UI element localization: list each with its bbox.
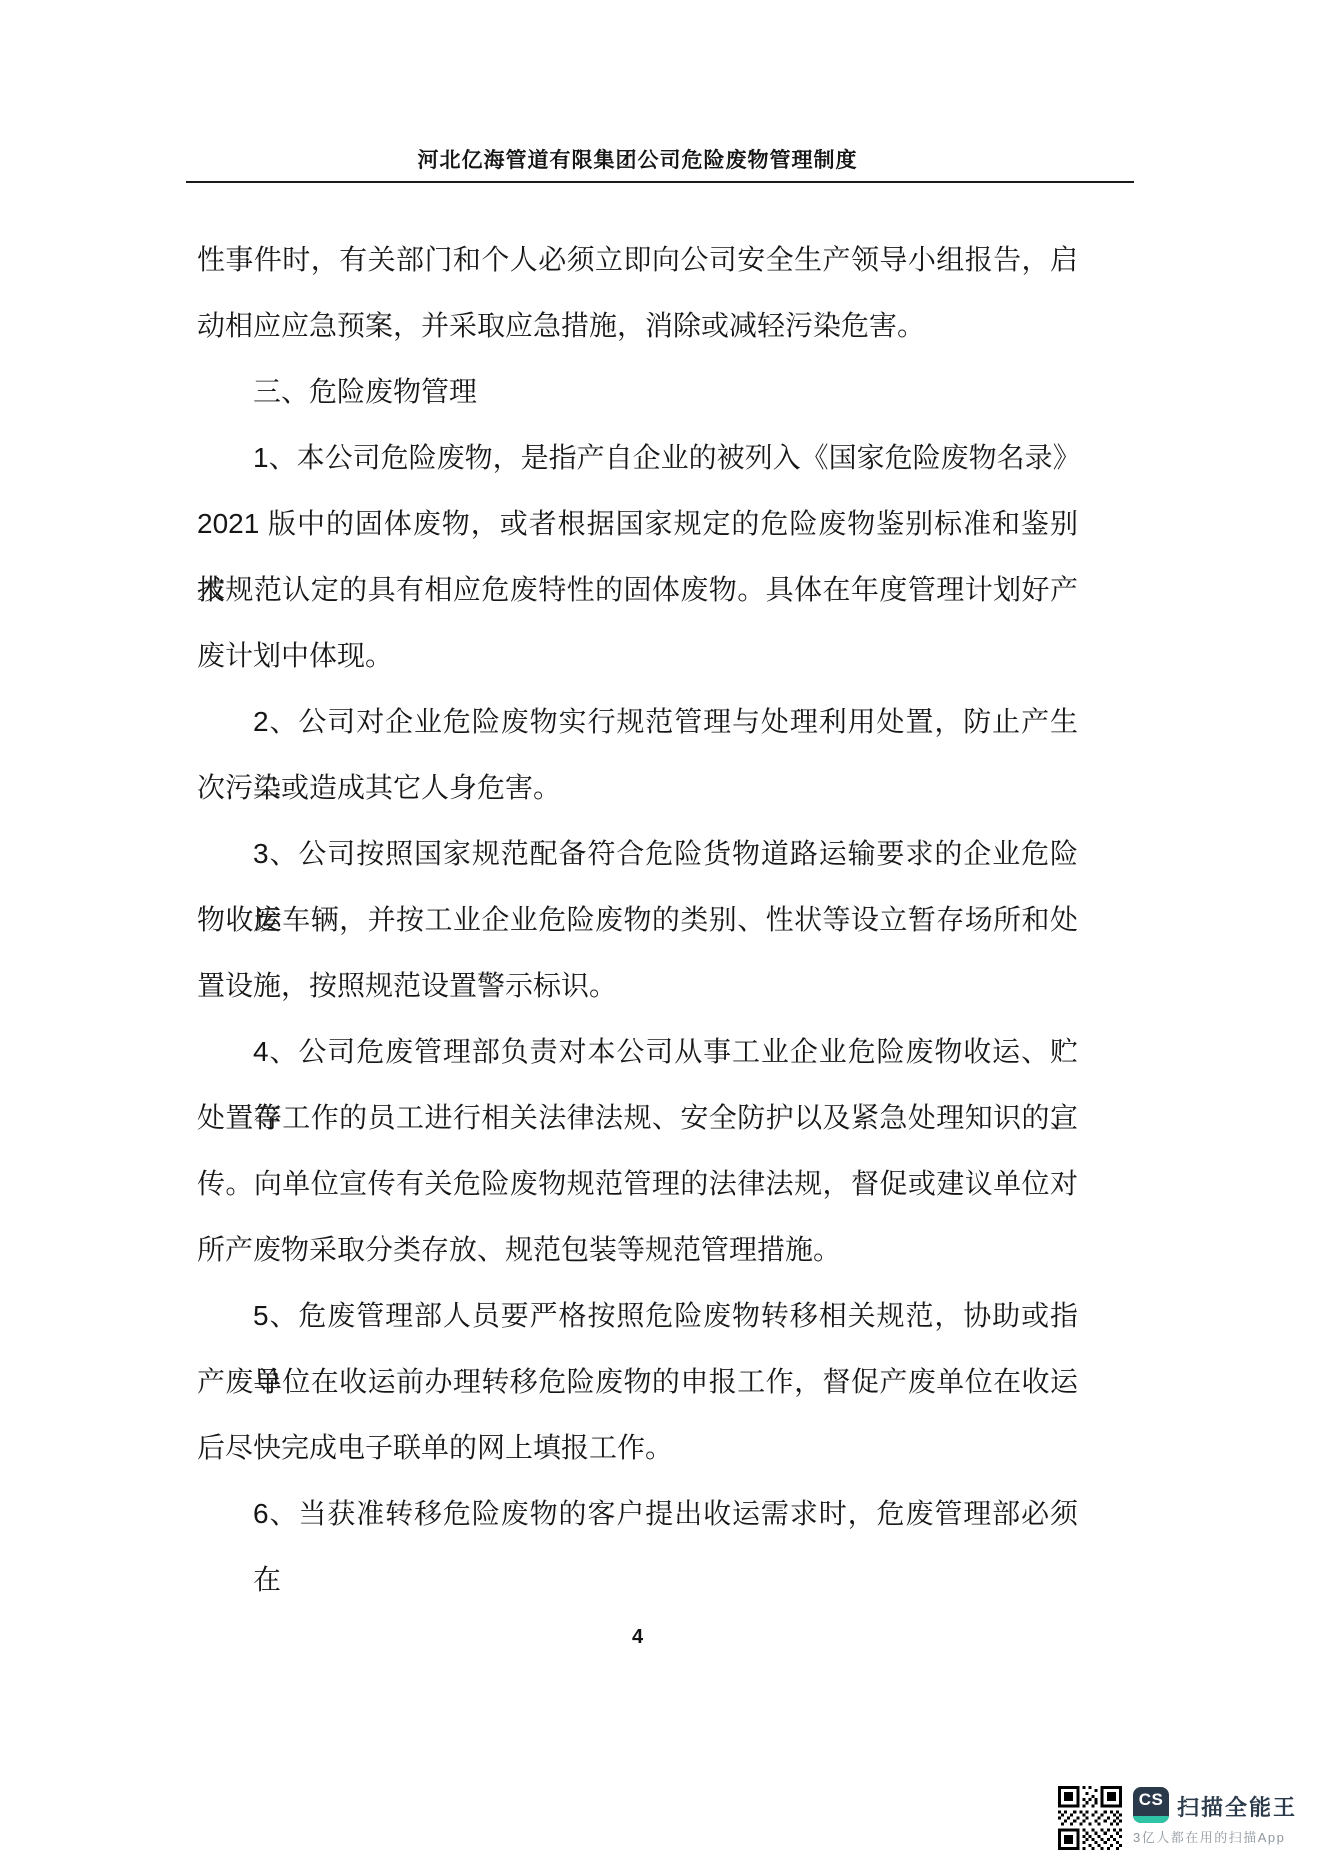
document-page: 河北亿海管道有限集团公司危险废物管理制度 性事件时，有关部门和个人必须立即向公司… xyxy=(0,0,1322,1871)
body-line: 性事件时，有关部门和个人必须立即向公司安全生产领导小组报告，启 xyxy=(197,227,1078,293)
camscanner-brand: 扫描全能王 xyxy=(1177,1791,1297,1822)
page-number: 4 xyxy=(197,1626,1078,1649)
header-title: 河北亿海管道有限集团公司危险废物管理制度 xyxy=(197,144,1078,174)
body-line: 产废单位在收运前办理转移危险废物的申报工作，督促产废单位在收运 xyxy=(197,1349,1078,1415)
body-line: 4、公司危废管理部负责对本公司从事工业企业危险废物收运、贮存、 xyxy=(197,1019,1078,1085)
camscanner-logo-icon: CS xyxy=(1133,1787,1169,1823)
header-divider xyxy=(186,181,1134,183)
body-line: 5、危废管理部人员要严格按照危险废物转移相关规范，协助或指导 xyxy=(197,1283,1078,1349)
body-line: 6、当获准转移危险废物的客户提出收运需求时，危废管理部必须在 xyxy=(197,1481,1078,1547)
body-line: 2、公司对企业危险废物实行规范管理与处理利用处置，防止产生二 xyxy=(197,689,1078,755)
section-heading: 三、危险废物管理 xyxy=(197,359,1078,425)
body-line: 3、公司按照国家规范配备符合危险货物道路运输要求的企业危险废 xyxy=(197,821,1078,887)
camscanner-logo-strip xyxy=(1133,1816,1169,1823)
body-line: 物收运车辆，并按工业企业危险废物的类别、性状等设立暂存场所和处 xyxy=(197,887,1078,953)
document-body: 性事件时，有关部门和个人必须立即向公司安全生产领导小组报告，启 动相应应急预案，… xyxy=(197,227,1078,1547)
body-line: 术规范认定的具有相应危废特性的固体废物。具体在年度管理计划好产 xyxy=(197,557,1078,623)
body-line: 置设施，按照规范设置警示标识。 xyxy=(197,953,1078,1019)
body-line: 2021 版中的固体废物，或者根据国家规定的危险废物鉴别标准和鉴别技 xyxy=(197,491,1078,557)
body-line: 传。向单位宣传有关危险废物规范管理的法律法规，督促或建议单位对 xyxy=(197,1151,1078,1217)
body-line: 废计划中体现。 xyxy=(197,623,1078,689)
body-line: 处置等工作的员工进行相关法律法规、安全防护以及紧急处理知识的宣 xyxy=(197,1085,1078,1151)
camscanner-logo-text: CS xyxy=(1133,1790,1169,1810)
body-line: 后尽快完成电子联单的网上填报工作。 xyxy=(197,1415,1078,1481)
qr-code xyxy=(1058,1784,1122,1852)
body-line: 1、本公司危险废物，是指产自企业的被列入《国家危险废物名录》 xyxy=(197,425,1078,491)
body-line: 次污染或造成其它人身危害。 xyxy=(197,755,1078,821)
body-line: 动相应应急预案，并采取应急措施，消除或减轻污染危害。 xyxy=(197,293,1078,359)
camscanner-tagline: 3亿人都在用的扫描App xyxy=(1133,1827,1285,1846)
body-line: 所产废物采取分类存放、规范包装等规范管理措施。 xyxy=(197,1217,1078,1283)
